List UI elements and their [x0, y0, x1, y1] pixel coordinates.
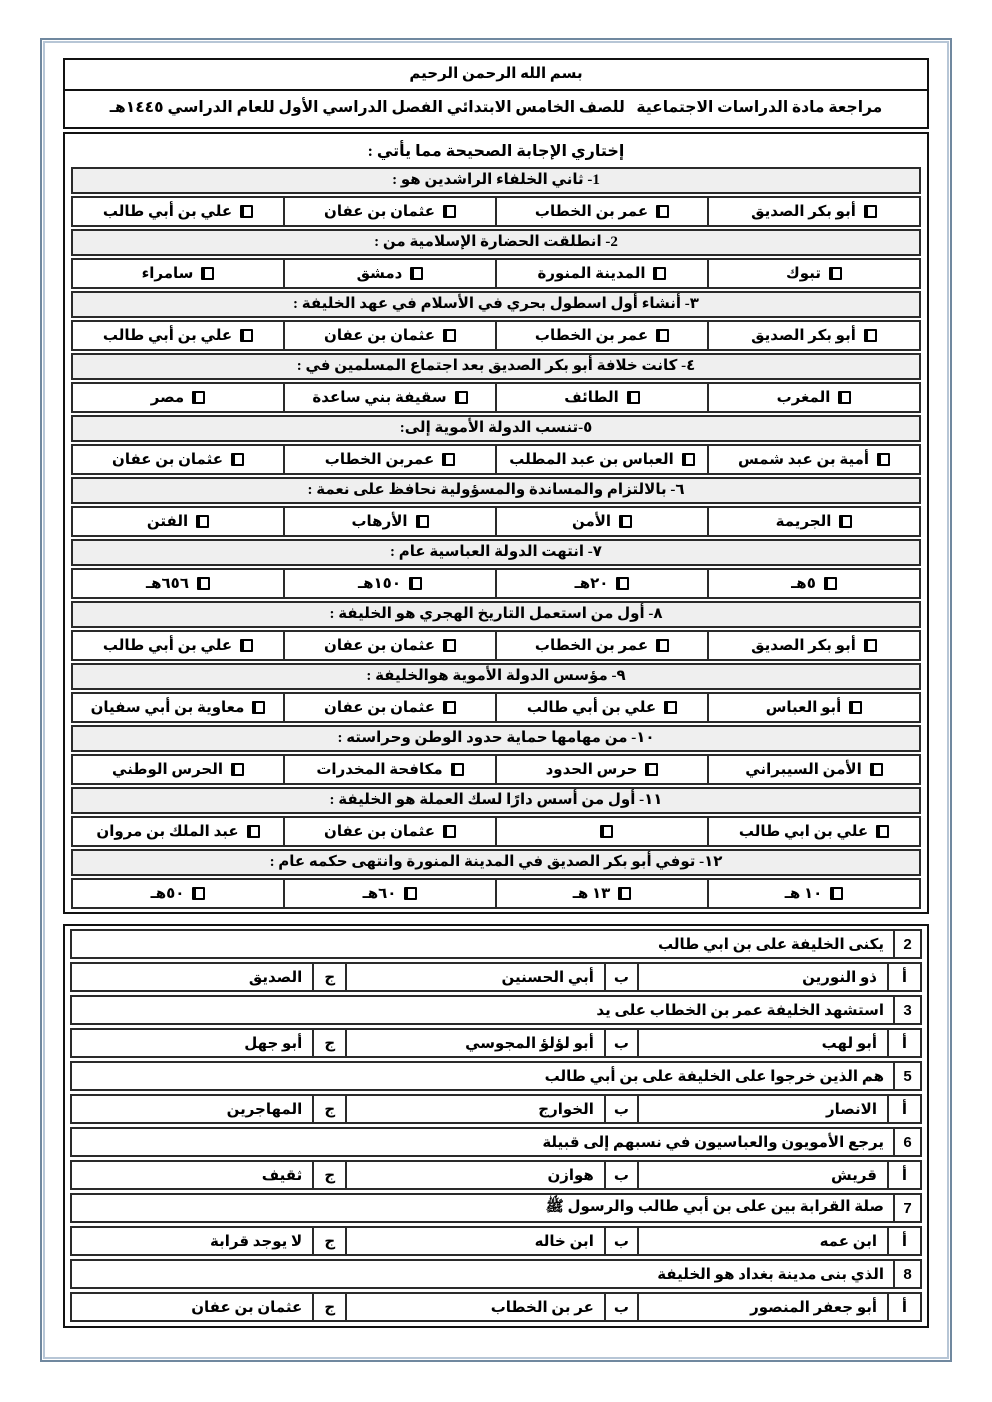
option-cell[interactable]: تبوك: [707, 260, 919, 287]
options-row: أمية بن عبد شمسالعباس بن عبد المطلبعمربن…: [71, 444, 921, 475]
option-cell[interactable]: علي بن ابي طالب: [707, 818, 919, 845]
checkbox-icon[interactable]: [409, 577, 422, 590]
checkbox-icon[interactable]: [682, 453, 695, 466]
option-cell[interactable]: علي بن أبي طالب: [495, 694, 707, 721]
checkbox-icon[interactable]: [600, 825, 613, 838]
checkbox-icon[interactable]: [849, 701, 862, 714]
checkbox-icon[interactable]: [656, 205, 669, 218]
option-label: تبوك: [786, 264, 821, 283]
option-label: ٦٥٦هـ: [146, 574, 189, 593]
option-cell[interactable]: أبو بكر الصديق: [707, 198, 919, 225]
option-cell[interactable]: ١٥٠هـ: [283, 570, 495, 597]
checkbox-icon[interactable]: [824, 577, 837, 590]
option-label: الفتن: [147, 512, 188, 531]
question-number: 6: [893, 1129, 920, 1155]
options-row: أبو بكر الصديقعمر بن الخطابعثمان بن عفان…: [71, 320, 921, 351]
option-label: أمية بن عبد شمس: [738, 450, 869, 469]
bismillah-text: بسم الله الرحمن الرحيم: [65, 60, 927, 91]
option-cell[interactable]: سامراء: [73, 260, 283, 287]
option-cell[interactable]: الطائف: [495, 384, 707, 411]
checkbox-icon[interactable]: [451, 763, 464, 776]
options-row: ٥هـ٢٠هـ١٥٠هـ٦٥٦هـ: [71, 568, 921, 599]
abc-answer-row: أذو النورينبأبي الحسنينجالصديق: [70, 962, 922, 992]
answer-b-cell[interactable]: أبو لؤلؤ المجوسي: [345, 1030, 604, 1056]
options-row: أبو بكر الصديقعمر بن الخطابعثمان بن عفان…: [71, 196, 921, 227]
answer-c-cell[interactable]: الصديق: [72, 964, 312, 990]
checkbox-icon[interactable]: [443, 205, 456, 218]
answer-b-cell[interactable]: ابن خاله: [345, 1228, 604, 1254]
question-number: 5: [893, 1063, 920, 1089]
option-label: عمر بن الخطاب: [535, 636, 648, 655]
checkbox-icon[interactable]: [240, 329, 253, 342]
option-cell[interactable]: عمر بن الخطاب: [495, 198, 707, 225]
options-row: علي بن ابي طالبعثمان بن عفانعبد الملك بن…: [71, 816, 921, 847]
answer-letter-b: ب: [604, 1096, 637, 1122]
option-cell[interactable]: الفتن: [73, 508, 283, 535]
abc-question-row: 3استشهد الخليفة عمر بن الخطاب على يد: [70, 995, 922, 1025]
option-cell[interactable]: المغرب: [707, 384, 919, 411]
checkbox-icon[interactable]: [442, 453, 455, 466]
answer-letter-b: ب: [604, 1162, 637, 1188]
checkbox-icon[interactable]: [830, 887, 843, 900]
answer-letter-a: أ: [887, 1228, 920, 1254]
option-label: الطائف: [564, 388, 619, 407]
question-title: ٥-تنسب الدولة الأموية إلى:: [71, 415, 921, 442]
checkbox-icon[interactable]: [192, 887, 205, 900]
abc-answer-row: أالانصاربالخوارججالمهاجرين: [70, 1094, 922, 1124]
abc-question-row: 6يرجع الأمويون والعباسيون في نسبهم إلى ق…: [70, 1127, 922, 1157]
options-row: أبو العباسعلي بن أبي طالبعثمان بن عفانمع…: [71, 692, 921, 723]
option-label: عثمان بن عفان: [324, 698, 435, 717]
option-label: الجريمة: [776, 512, 832, 531]
abc-question-row: 8الذي بنى مدينة بغداد هو الخليفة: [70, 1259, 922, 1289]
checkbox-icon[interactable]: [627, 391, 640, 404]
answer-b-cell[interactable]: أبي الحسنين: [345, 964, 604, 990]
option-cell[interactable]: مكافحة المخدرات: [283, 756, 495, 783]
question-text: الذي بنى مدينة بغداد هو الخليفة: [72, 1261, 893, 1287]
answer-letter-a: أ: [887, 1294, 920, 1320]
answer-letter-c: ج: [312, 964, 345, 990]
options-row: المغربالطائفسقيفة بني ساعدةمصر: [71, 382, 921, 413]
answer-letter-b: ب: [604, 1228, 637, 1254]
option-label: علي بن ابي طالب: [739, 822, 868, 841]
instruction-text: إختاري الإجابة الصحيحة مما يأتي :: [71, 137, 921, 167]
answer-c-cell[interactable]: ثقيف: [72, 1162, 312, 1188]
abc-table: 2يكنى الخليفة على بن ابي طالبأذو النورين…: [63, 924, 929, 1328]
option-cell[interactable]: عبد الملك بن مروان: [73, 818, 283, 845]
option-cell[interactable]: ٥٠هـ: [73, 880, 283, 907]
checkbox-icon[interactable]: [410, 267, 423, 280]
checkbox-icon[interactable]: [829, 267, 842, 280]
option-cell[interactable]: دمشق: [283, 260, 495, 287]
checkbox-icon[interactable]: [192, 391, 205, 404]
option-cell[interactable]: ١٠ هـ: [707, 880, 919, 907]
answer-a-cell[interactable]: أبو لهب: [637, 1030, 887, 1056]
option-label: عثمان بن عفان: [112, 450, 223, 469]
answer-c-cell[interactable]: عثمان بن عفان: [72, 1294, 312, 1320]
option-label: أبو بكر الصديق: [751, 326, 856, 345]
option-label: علي بن أبي طالب: [527, 698, 656, 717]
option-label: الأمن: [572, 512, 611, 531]
abc-answer-row: أابن عمهبابن خالهجلا يوجد قرابة: [70, 1226, 922, 1256]
answer-b-cell[interactable]: هوازن: [345, 1162, 604, 1188]
option-cell[interactable]: ٢٠هـ: [495, 570, 707, 597]
option-cell[interactable]: عثمان بن عفان: [283, 632, 495, 659]
option-label: حرس الحدود: [546, 760, 638, 779]
page-border-frame-inner: بسم الله الرحمن الرحيم مراجعة مادة الدرا…: [43, 41, 949, 1359]
option-label: دمشق: [357, 264, 403, 283]
answer-letter-b: ب: [604, 964, 637, 990]
checkbox-icon[interactable]: [616, 577, 629, 590]
checkbox-icon[interactable]: [864, 639, 877, 652]
checkbox-icon[interactable]: [197, 577, 210, 590]
option-label: عمر بن الخطاب: [535, 326, 648, 345]
checkbox-icon[interactable]: [247, 825, 260, 838]
question-title: 2- انطلقت الحضارة الإسلامية من :: [71, 229, 921, 256]
question-number: 8: [893, 1261, 920, 1287]
answer-c-cell[interactable]: المهاجرين: [72, 1096, 312, 1122]
checkbox-icon[interactable]: [864, 329, 877, 342]
checkbox-icon[interactable]: [443, 701, 456, 714]
option-label: المدينة المنورة: [538, 264, 646, 283]
option-cell[interactable]: الأمن: [495, 508, 707, 535]
option-cell[interactable]: عمربن الخطاب: [283, 446, 495, 473]
checkbox-icon[interactable]: [252, 701, 265, 714]
answer-b-cell[interactable]: عر بن الخطاب: [345, 1294, 604, 1320]
option-label: علي بن أبي طالب: [103, 202, 232, 221]
checkbox-icon[interactable]: [231, 763, 244, 776]
option-cell[interactable]: الأرهاب: [283, 508, 495, 535]
abc-questions: 2يكنى الخليفة على بن ابي طالبأذو النورين…: [70, 929, 922, 1322]
option-cell[interactable]: عمر بن الخطاب: [495, 322, 707, 349]
checkbox-icon[interactable]: [864, 205, 877, 218]
question-number: 3: [893, 997, 920, 1023]
option-cell[interactable]: عثمان بن عفان: [283, 198, 495, 225]
option-label: سقيفة بني ساعدة: [312, 388, 446, 407]
answer-b-cell[interactable]: الخوارج: [345, 1096, 604, 1122]
answer-letter-a: أ: [887, 1030, 920, 1056]
question-title: ٨- أول من استعمل التاريخ الهجري هو الخلي…: [71, 601, 921, 628]
worksheet-title: مراجعة مادة الدراسات الاجتماعية للصف الخ…: [65, 91, 927, 127]
option-label: عبد الملك بن مروان: [96, 822, 238, 841]
checkbox-icon[interactable]: [231, 453, 244, 466]
option-cell[interactable]: [495, 818, 707, 845]
abc-question-row: 2يكنى الخليفة على بن ابي طالب: [70, 929, 922, 959]
option-label: سامراء: [142, 264, 194, 283]
option-cell[interactable]: عمر بن الخطاب: [495, 632, 707, 659]
checkbox-icon[interactable]: [645, 763, 658, 776]
option-cell[interactable]: العباس بن عبد المطلب: [495, 446, 707, 473]
question-text: استشهد الخليفة عمر بن الخطاب على يد: [72, 997, 893, 1023]
abc-question-row: 5هم الذين خرجوا على الخليفة على بن أبي ط…: [70, 1061, 922, 1091]
abc-answer-row: أأبو جعفر المنصوربعر بن الخطابجعثمان بن …: [70, 1292, 922, 1322]
answer-letter-c: ج: [312, 1294, 345, 1320]
option-label: ٥هـ: [791, 574, 816, 593]
question-number: 7: [893, 1195, 920, 1221]
checkbox-icon[interactable]: [664, 701, 677, 714]
question-title: ٣- أنشاء أول اسطول بحري في الأسلام في عه…: [71, 291, 921, 318]
question-title: ٦- بالالتزام والمساندة والمسؤولية نحافظ …: [71, 477, 921, 504]
answer-letter-c: ج: [312, 1228, 345, 1254]
option-label: عثمان بن عفان: [324, 822, 435, 841]
option-label: العباس بن عبد المطلب: [509, 450, 674, 469]
option-cell[interactable]: ٦٥٦هـ: [73, 570, 283, 597]
option-label: الأمن السيبراني: [745, 760, 861, 779]
answer-a-cell[interactable]: ابن عمه: [637, 1228, 887, 1254]
question-text: يكنى الخليفة على بن ابي طالب: [72, 931, 893, 957]
option-label: مصر: [151, 388, 184, 407]
checkbox-icon[interactable]: [839, 515, 852, 528]
option-cell[interactable]: عثمان بن عفان: [283, 694, 495, 721]
answer-letter-a: أ: [887, 1096, 920, 1122]
option-label: ٦٠هـ: [363, 884, 397, 903]
options-row: ١٠ هـ١٣ هـ٦٠هـ٥٠هـ: [71, 878, 921, 909]
answer-letter-c: ج: [312, 1096, 345, 1122]
answer-letter-b: ب: [604, 1030, 637, 1056]
option-cell[interactable]: علي بن أبي طالب: [73, 322, 283, 349]
option-cell[interactable]: سقيفة بني ساعدة: [283, 384, 495, 411]
option-label: الأرهاب: [351, 512, 407, 531]
option-label: أبو بكر الصديق: [751, 636, 856, 655]
option-label: عثمان بن عفان: [324, 326, 435, 345]
checkbox-icon[interactable]: [201, 267, 214, 280]
option-label: عمر بن الخطاب: [535, 202, 648, 221]
checkbox-icon[interactable]: [870, 763, 883, 776]
question-number: 2: [893, 931, 920, 957]
checkbox-icon[interactable]: [443, 639, 456, 652]
option-label: مكافحة المخدرات: [316, 760, 442, 779]
header-table: بسم الله الرحمن الرحيم مراجعة مادة الدرا…: [63, 58, 929, 129]
options-row: الأمن السيبرانيحرس الحدودمكافحة المخدرات…: [71, 754, 921, 785]
mcq-table: إختاري الإجابة الصحيحة مما يأتي : 1- ثان…: [63, 132, 929, 914]
checkbox-icon[interactable]: [618, 887, 631, 900]
question-title: ٩- مؤسس الدولة الأموية هوالخليفة :: [71, 663, 921, 690]
option-label: ١٠ هـ: [785, 884, 823, 903]
option-cell[interactable]: أبو بكر الصديق: [707, 632, 919, 659]
option-label: معاوية بن أبي سفيان: [91, 698, 245, 717]
option-cell[interactable]: ٥هـ: [707, 570, 919, 597]
abc-answer-row: أقريشبهوازنجثقيف: [70, 1160, 922, 1190]
option-cell[interactable]: أبو بكر الصديق: [707, 322, 919, 349]
option-label: ١٥٠هـ: [358, 574, 401, 593]
option-cell[interactable]: الأمن السيبراني: [707, 756, 919, 783]
options-row: أبو بكر الصديقعمر بن الخطابعثمان بن عفان…: [71, 630, 921, 661]
checkbox-icon[interactable]: [838, 391, 851, 404]
option-cell[interactable]: عثمان بن عفان: [283, 322, 495, 349]
question-title: ١٠- من مهامها حماية حدود الوطن وحراسته :: [71, 725, 921, 752]
answer-a-cell[interactable]: الانصار: [637, 1096, 887, 1122]
option-cell[interactable]: ٦٠هـ: [283, 880, 495, 907]
option-label: ٢٠هـ: [575, 574, 609, 593]
question-title: ٤- كانت خلافة أبو بكر الصديق بعد اجتماع …: [71, 353, 921, 380]
abc-question-row: 7صلة القرابة بين على بن أبي طالب والرسول…: [70, 1193, 922, 1223]
option-label: علي بن أبي طالب: [103, 326, 232, 345]
option-cell[interactable]: الحرس الوطني: [73, 756, 283, 783]
checkbox-icon[interactable]: [656, 639, 669, 652]
question-text: يرجع الأمويون والعباسيون في نسبهم إلى قب…: [72, 1129, 893, 1155]
question-text: هم الذين خرجوا على الخليفة على بن أبي طا…: [72, 1063, 893, 1089]
answer-letter-a: أ: [887, 964, 920, 990]
option-cell[interactable]: أبو العباس: [707, 694, 919, 721]
mcq-questions: 1- ثاني الخلفاء الراشدين هو :أبو بكر الص…: [71, 167, 921, 909]
option-cell[interactable]: علي بن أبي طالب: [73, 198, 283, 225]
answer-letter-c: ج: [312, 1030, 345, 1056]
option-label: ٥٠هـ: [151, 884, 185, 903]
option-label: علي بن أبي طالب: [103, 636, 232, 655]
checkbox-icon[interactable]: [404, 887, 417, 900]
question-title: ١١- أول من أسس دارًا لسك العملة هو الخلي…: [71, 787, 921, 814]
worksheet-content: بسم الله الرحمن الرحيم مراجعة مادة الدرا…: [45, 43, 947, 1328]
answer-c-cell[interactable]: لا يوجد قرابة: [72, 1228, 312, 1254]
option-cell[interactable]: عثمان بن عفان: [73, 446, 283, 473]
option-cell[interactable]: حرس الحدود: [495, 756, 707, 783]
option-label: ١٣ هـ: [573, 884, 611, 903]
question-text: صلة القرابة بين على بن أبي طالب والرسول …: [72, 1195, 893, 1221]
option-cell[interactable]: عثمان بن عفان: [283, 818, 495, 845]
option-label: الحرس الوطني: [112, 760, 223, 779]
option-cell[interactable]: علي بن أبي طالب: [73, 632, 283, 659]
question-title: 1- ثاني الخلفاء الراشدين هو :: [71, 167, 921, 194]
option-label: عمربن الخطاب: [325, 450, 434, 469]
option-cell[interactable]: الجريمة: [707, 508, 919, 535]
option-cell[interactable]: مصر: [73, 384, 283, 411]
option-label: أبو بكر الصديق: [751, 202, 856, 221]
answer-letter-a: أ: [887, 1162, 920, 1188]
option-label: أبو العباس: [766, 698, 842, 717]
options-row: تبوكالمدينة المنورةدمشقسامراء: [71, 258, 921, 289]
checkbox-icon[interactable]: [443, 825, 456, 838]
checkbox-icon[interactable]: [240, 205, 253, 218]
checkbox-icon[interactable]: [443, 329, 456, 342]
checkbox-icon[interactable]: [416, 515, 429, 528]
checkbox-icon[interactable]: [240, 639, 253, 652]
abc-answer-row: أأبو لهببأبو لؤلؤ المجوسيجأبو جهل: [70, 1028, 922, 1058]
answer-a-cell[interactable]: أبو جعفر المنصور: [637, 1294, 887, 1320]
question-title: ١٢- توفي أبو بكر الصديق في المدينة المنو…: [71, 849, 921, 876]
checkbox-icon[interactable]: [653, 267, 666, 280]
option-label: عثمان بن عفان: [324, 202, 435, 221]
checkbox-icon[interactable]: [656, 329, 669, 342]
question-title: ٧- انتهت الدولة العباسية عام :: [71, 539, 921, 566]
answer-letter-b: ب: [604, 1294, 637, 1320]
answer-letter-c: ج: [312, 1162, 345, 1188]
option-cell[interactable]: أمية بن عبد شمس: [707, 446, 919, 473]
checkbox-icon[interactable]: [619, 515, 632, 528]
option-cell[interactable]: المدينة المنورة: [495, 260, 707, 287]
page-border-frame: بسم الله الرحمن الرحيم مراجعة مادة الدرا…: [40, 38, 952, 1362]
checkbox-icon[interactable]: [196, 515, 209, 528]
option-cell[interactable]: ١٣ هـ: [495, 880, 707, 907]
checkbox-icon[interactable]: [877, 453, 890, 466]
answer-a-cell[interactable]: قريش: [637, 1162, 887, 1188]
answer-c-cell[interactable]: أبو جهل: [72, 1030, 312, 1056]
checkbox-icon[interactable]: [455, 391, 468, 404]
option-label: المغرب: [777, 388, 831, 407]
options-row: الجريمةالأمنالأرهابالفتن: [71, 506, 921, 537]
checkbox-icon[interactable]: [876, 825, 889, 838]
answer-a-cell[interactable]: ذو النورين: [637, 964, 887, 990]
option-label: عثمان بن عفان: [324, 636, 435, 655]
option-cell[interactable]: معاوية بن أبي سفيان: [73, 694, 283, 721]
